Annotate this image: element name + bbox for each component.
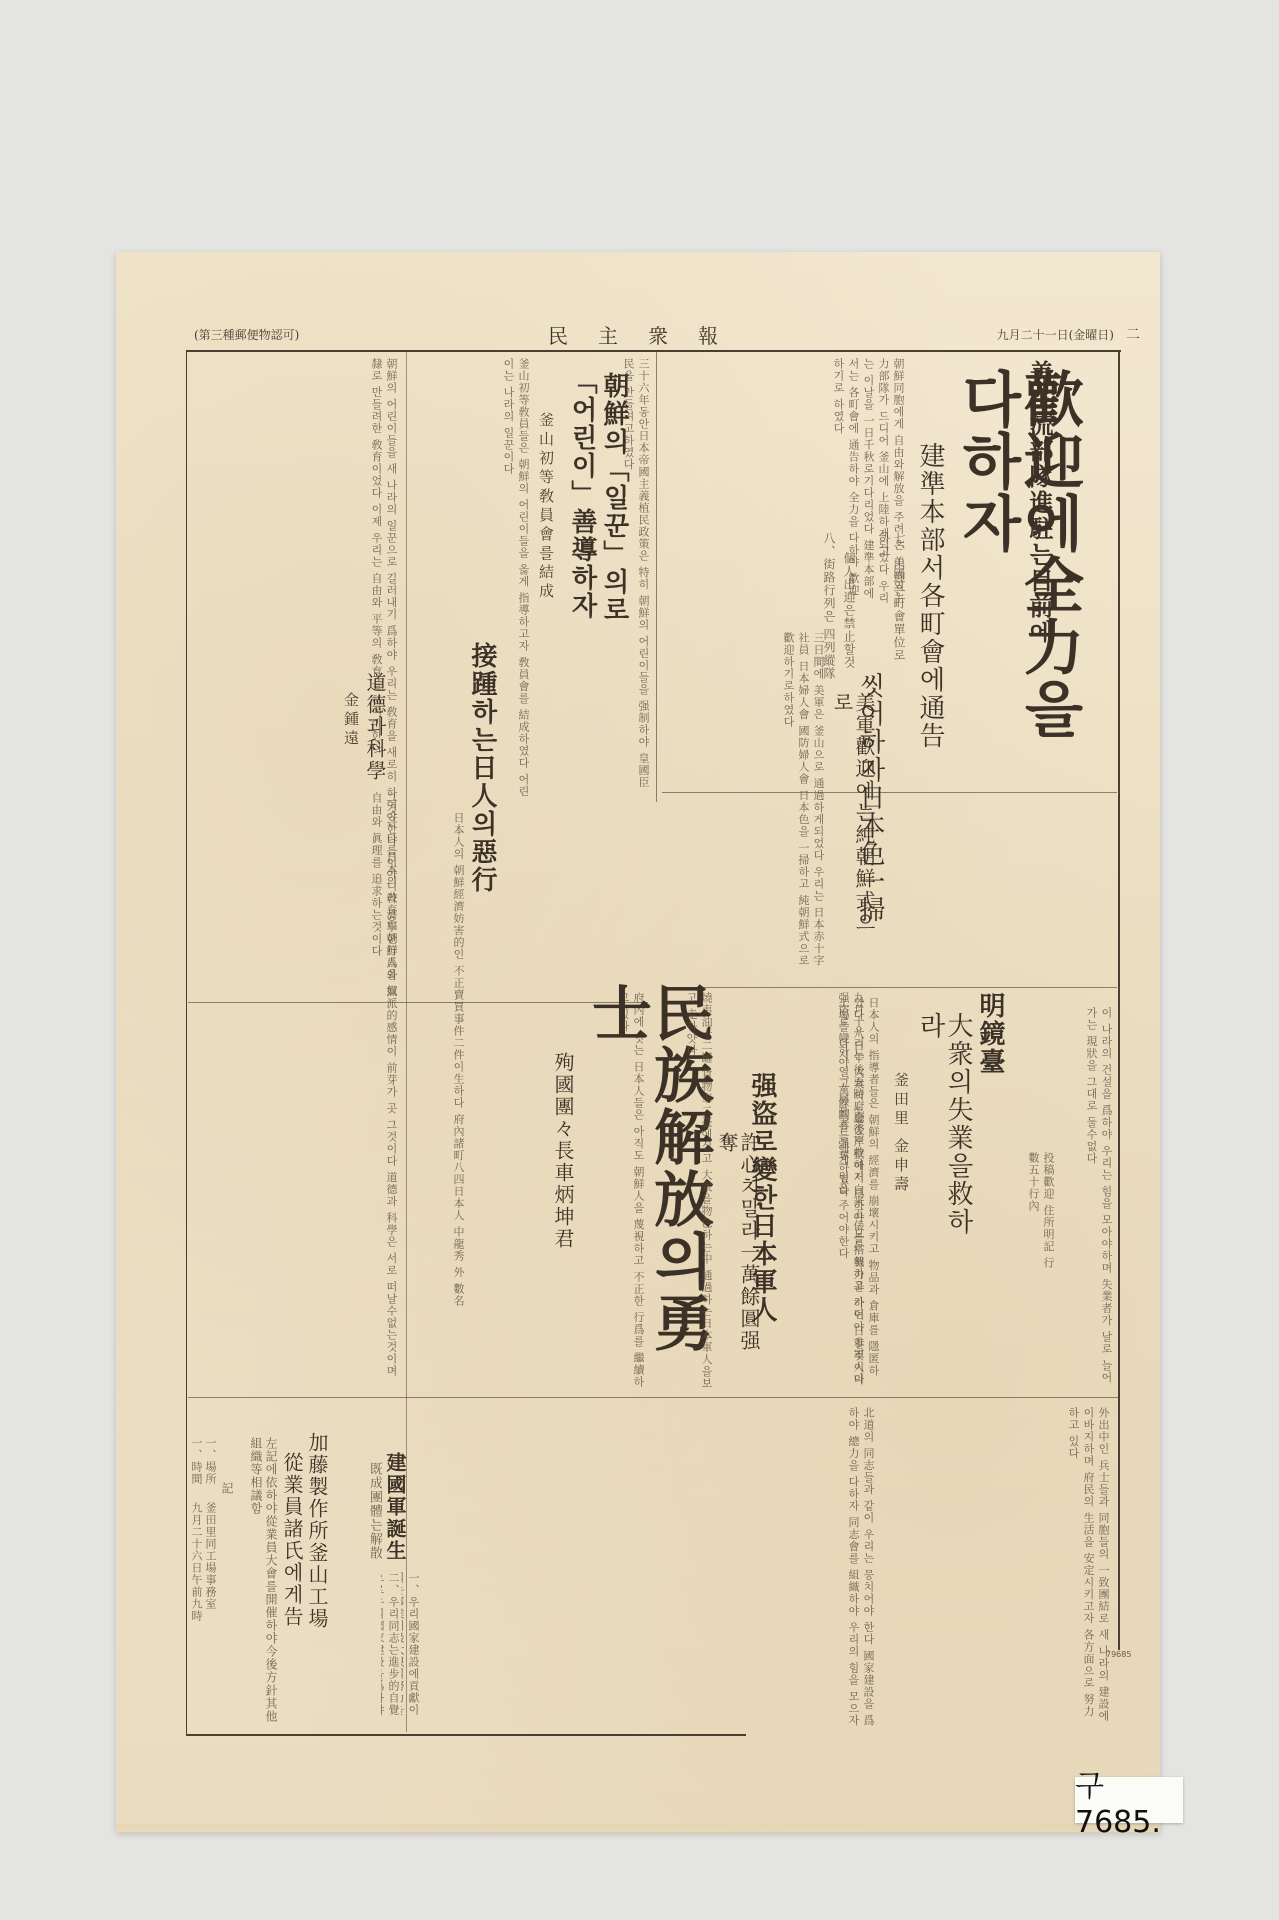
unemployment-body-right: 이 나라의 건설을 爲하야 우리는 힘을 모아야하며 失業者가 날로 늘어가는 … — [964, 1007, 1114, 1387]
army-item: 二、우리同志는進步的自覺으로우리國家建設을爲하야 — [381, 1572, 401, 1722]
newspaper-page: (第三種郵便物認可) 民主衆報 九月二十一日(金曜日) 二 美主流部隊進駐는目前… — [116, 252, 1160, 1832]
notice-mark: 記 — [220, 1482, 234, 1512]
army-item: 一、우리國家建設에貢獻이되는事業에最大限의努力을하야 — [401, 1572, 421, 1722]
lower-body: 北道의 同志들과 같이 우리는 뭉치어야 한다 國家建設을 爲하야 總力을 다하… — [416, 1407, 876, 1727]
column-divider — [656, 352, 657, 802]
archive-label: 구7685. — [1075, 1761, 1183, 1840]
notice-place-label: 一、場所 — [204, 1437, 218, 1497]
section-rule — [662, 987, 1117, 988]
unemployment-byline: 釜田里 金申壽 — [891, 1072, 912, 1272]
masthead-rule — [186, 350, 1121, 352]
notice-body: 左記에依하야從業員大會를開催하야今後方針其他組織等相議함 — [234, 1437, 278, 1727]
notice-place: 釜田里同工場事務室 — [204, 1502, 218, 1682]
notice-subhead: 從業員諸氏에게告 — [281, 1452, 303, 1732]
archive-label-card: 구7685. — [1075, 1777, 1183, 1823]
notice-headline: 加藤製作所釜山工場 — [306, 1432, 328, 1732]
date-line: 九月二十一日(金曜日) — [997, 326, 1114, 343]
section-rule — [188, 1397, 1118, 1398]
notice-time-label: 一、時間 — [190, 1437, 204, 1497]
archive-stamp: 79685 — [1106, 1650, 1131, 1659]
children-subhead: 「어린이」善導하자 — [568, 368, 596, 648]
page-number: 二 — [1126, 324, 1140, 344]
japanese-colors-body: 三日間에 美軍은 釜山으로 通過하게되었다 우리는 日本赤十字社員 日本婦人會 … — [676, 632, 826, 972]
newspaper-title: 民主衆報 — [548, 320, 748, 349]
army-headline: 建國軍誕生 — [384, 1452, 406, 1572]
children-byline: 釜山初等敎員會를結成 — [536, 412, 557, 652]
morality-headline: 道德과科學 — [364, 672, 386, 812]
welcome-item: 七、出迎은町會單位로하고 — [856, 532, 906, 662]
masthead: (第三種郵便物認可) 民主衆報 九月二十一日(金曜日) — [194, 322, 1114, 346]
notice-time: 九月二十六日午前九時 — [190, 1502, 204, 1682]
left-border-rule — [186, 350, 187, 1735]
army-subhead: 既成團體는解散 — [364, 1462, 382, 1582]
welcome-headline: 歡迎에全力을다하자 — [956, 368, 1080, 788]
evil-deeds-headline: 接踵하는日人의惡行 — [468, 642, 496, 962]
lower-right-body: 外出中인 兵士들과 同胞들의 一致團結로 새 나라의 建設에 이바지하며 府民의… — [886, 1407, 1111, 1727]
morality-body: 그것은 다름이아니라 濟擧한行爲와 黨派的感情이 前芽가 곳 그것이다 道德과 … — [194, 792, 399, 1392]
welcome-subhead: 建準本部서各町會에通告 — [916, 442, 944, 782]
robbers-subhead: 許心치말라一萬餘圓强奪 — [716, 1132, 760, 1372]
postal-notice: (第三種郵便物認可) — [194, 326, 299, 343]
bottom-rule — [186, 1734, 746, 1736]
liberation-body: 燒夷油十二罐 貨物車二臺에실고 大衆을物色하는中 通過하는日本軍人을보고 走하얏… — [656, 992, 714, 1392]
liberation-subhead: 殉國團々長車炳坤君 — [552, 1052, 574, 1372]
robbers-body: 九月十八日午後五時府廳後岸壁에서白米五俵를搭載하고 가던 日本軍人이 强盜로 變… — [776, 992, 866, 1392]
right-border-rule — [1118, 350, 1120, 1650]
morality-byline: 金鍾遠 — [341, 692, 362, 792]
children-headline: 朝鮮의「일꾼」의로 — [600, 372, 628, 672]
welcome-item: 個人出迎은禁止할것 — [836, 552, 856, 682]
evil-deeds-body: 日本人의 朝鮮經濟妨害的인 不正賣買事件二件이生하다 府內諸町八四日本人 中龍秀… — [416, 812, 466, 1392]
japanese-colors-subhead: 美軍歡迎에는純朝鮮式으로 — [831, 692, 875, 952]
